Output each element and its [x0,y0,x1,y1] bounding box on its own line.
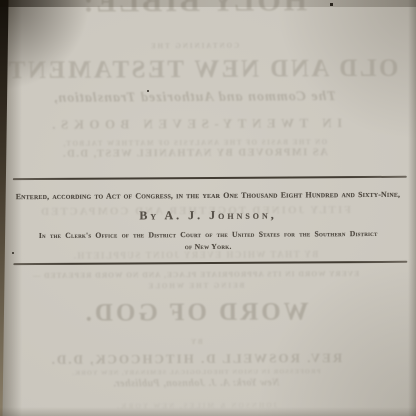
paper-speck-left-edge [12,252,14,254]
copyright-line-3: In the Clerk's Office of the District Co… [0,229,416,241]
printed-text-layer: Entered, according to Act of Congress, i… [0,0,416,416]
horizontal-rule-bottom [13,261,407,265]
copyright-line-1: Entered, according to Act of Congress, i… [0,190,416,202]
book-page-photo: HOLY BIBLE: CONTAINING THE OLD AND NEW T… [0,0,416,416]
paper-speck-top-right [330,3,333,6]
horizontal-rule-top [13,176,407,180]
copyright-line-4: of New York. [0,241,416,253]
paper-speck-mid-left [147,90,149,92]
copyright-line-2: By A. J. Johnson, [0,207,416,225]
